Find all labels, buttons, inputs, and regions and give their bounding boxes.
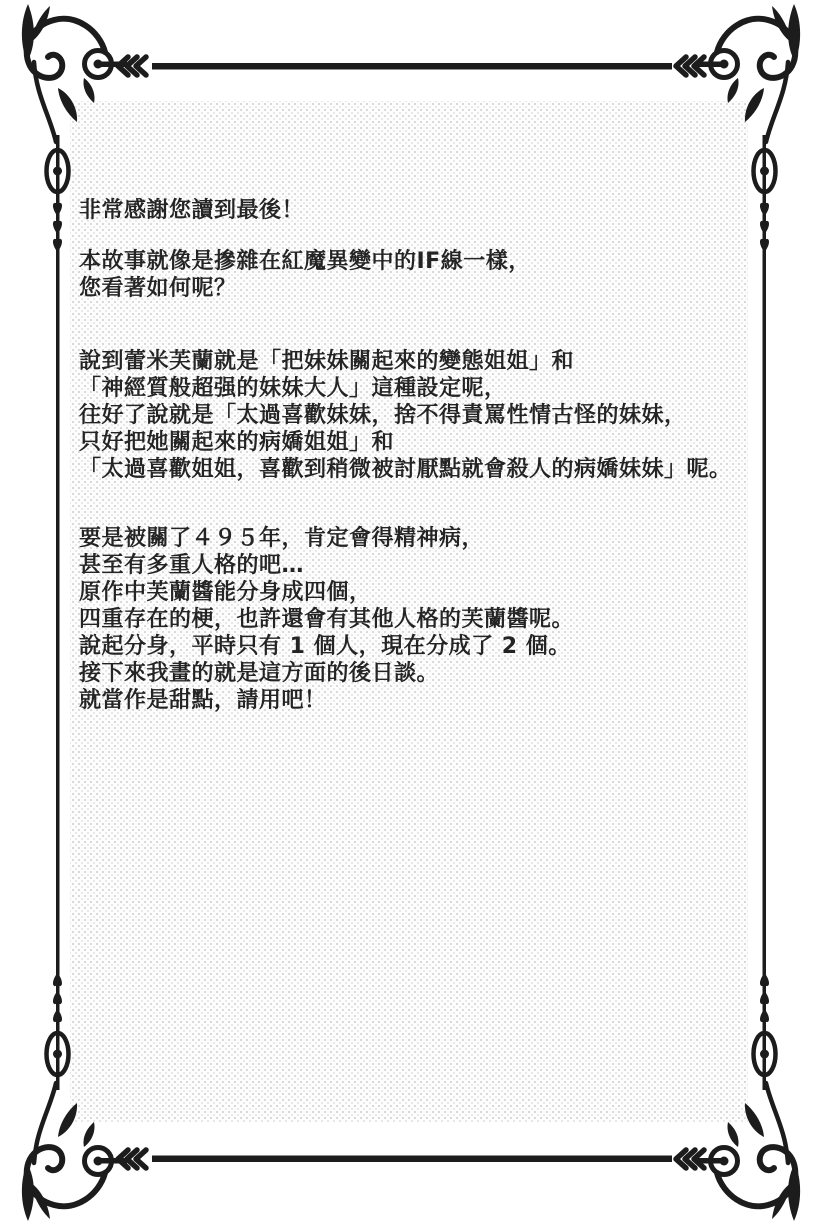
afterword-text: 非常感謝您讀到最後！ 本故事就像是摻雜在紅魔異變中的IF線一樣， 您看著如何呢？…: [0, 0, 840, 1225]
text-line: 甚至有多重人格的吧…: [79, 552, 749, 579]
text-line: 非常感謝您讀到最後！: [79, 197, 749, 224]
text-line: 本故事就像是摻雜在紅魔異變中的IF線一樣，: [79, 248, 749, 275]
afterword-paragraph-1: 非常感謝您讀到最後！: [79, 197, 749, 224]
afterword-paragraph-3: 說到蕾米芙蘭就是「把妹妹關起來的變態姐姐」和 「神經質般超强的妹妹大人」這種設定…: [79, 348, 749, 483]
text-line: 往好了說就是「太過喜歡妹妹，捨不得責罵性情古怪的妹妹，: [79, 402, 749, 429]
text-line: 就當作是甜點，請用吧！: [79, 687, 749, 714]
afterword-paragraph-4: 要是被關了４９５年，肯定會得精神病， 甚至有多重人格的吧… 原作中芙蘭醬能分身成…: [79, 525, 749, 714]
text-line: 接下來我畫的就是這方面的後日談。: [79, 660, 749, 687]
text-line: 原作中芙蘭醬能分身成四個，: [79, 579, 749, 606]
text-line: 只好把她關起來的病嬌姐姐」和: [79, 429, 749, 456]
text-line: 要是被關了４９５年，肯定會得精神病，: [79, 525, 749, 552]
text-line: 您看著如何呢？: [79, 275, 749, 302]
afterword-paragraph-2: 本故事就像是摻雜在紅魔異變中的IF線一樣， 您看著如何呢？: [79, 248, 749, 302]
text-line: 「神經質般超强的妹妹大人」這種設定呢，: [79, 375, 749, 402]
text-line: 四重存在的梗，也許還會有其他人格的芙蘭醬呢。: [79, 606, 749, 633]
text-line: 說到蕾米芙蘭就是「把妹妹關起來的變態姐姐」和: [79, 348, 749, 375]
text-line: 說起分身，平時只有 1 個人，現在分成了 2 個。: [79, 633, 749, 660]
afterword-page: 非常感謝您讀到最後！ 本故事就像是摻雜在紅魔異變中的IF線一樣， 您看著如何呢？…: [0, 0, 840, 1225]
text-line: 「太過喜歡姐姐，喜歡到稍微被討厭點就會殺人的病嬌妹妹」呢。: [79, 456, 749, 483]
